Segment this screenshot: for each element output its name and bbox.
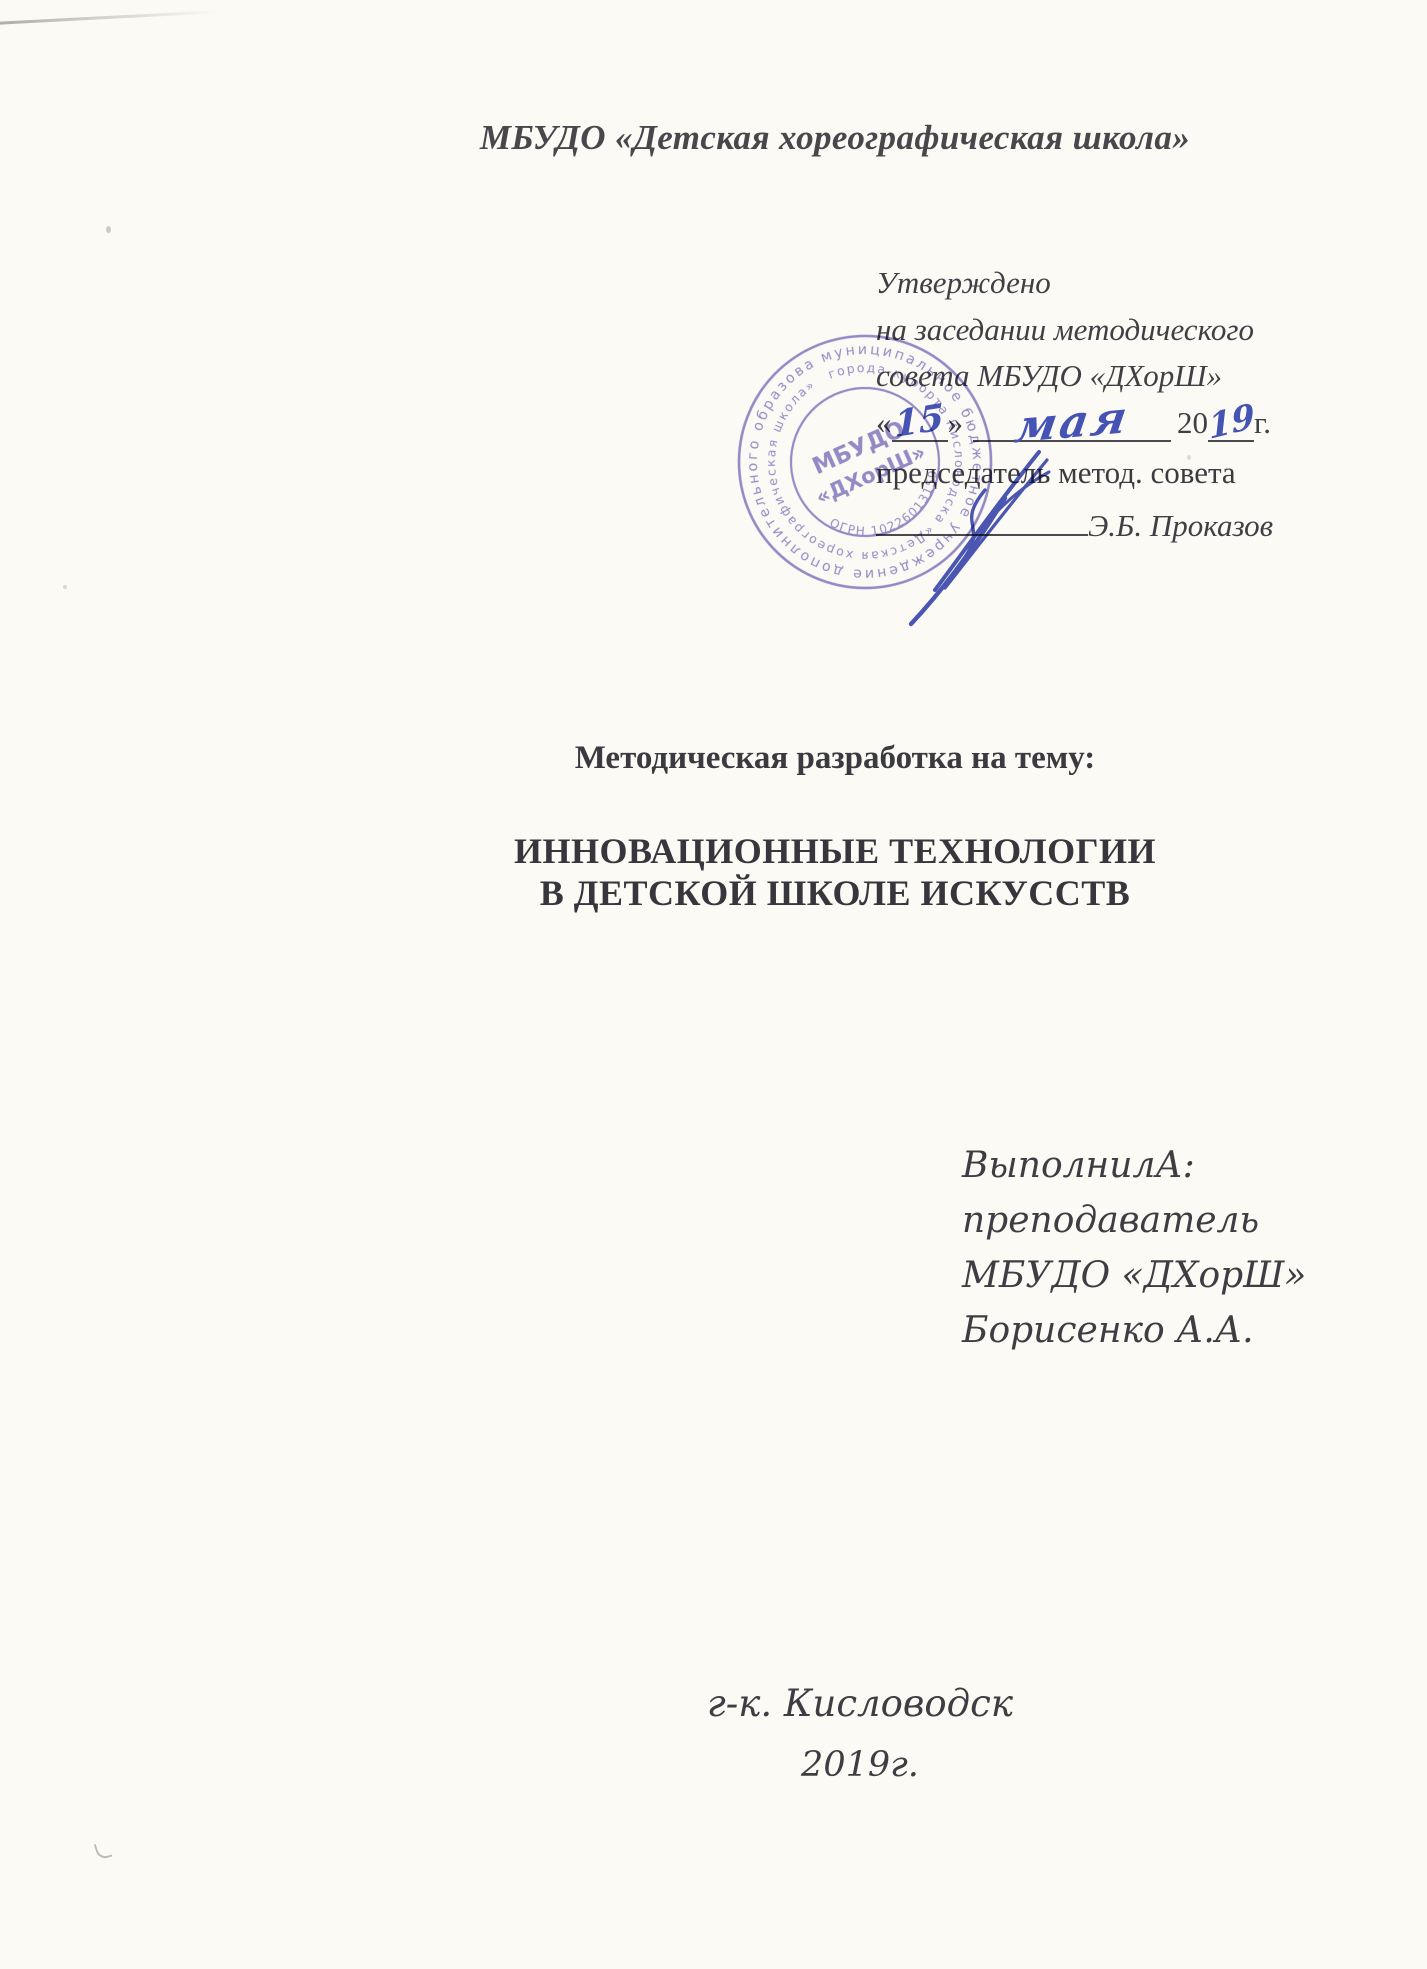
scanned-title-page: МБУДО «Детская хореографическая школа» У… (0, 0, 1427, 1969)
year-prefix: 20 (1177, 405, 1208, 440)
chairman-name: Э.Б. Проказов (1088, 508, 1273, 543)
author-organization: МБУДО «ДХорШ» (962, 1248, 1306, 1303)
year-suffix: г. (1254, 405, 1271, 440)
scan-speck (106, 226, 111, 233)
scan-smudge (94, 1840, 113, 1860)
work-title: ИННОВАЦИОННЫЕ ТЕХНОЛОГИИ В ДЕТСКОЙ ШКОЛЕ… (420, 830, 1250, 914)
year-underline: 19 (1208, 405, 1254, 442)
performed-by-label: ВыполнилА: (962, 1138, 1306, 1193)
approved-label: Утверждено (876, 260, 1306, 307)
work-title-line2: В ДЕТСКОЙ ШКОЛЕ ИСКУССТВ (420, 872, 1250, 914)
author-name: Борисенко А.А. (962, 1303, 1306, 1358)
handwritten-year: 19 (1207, 399, 1255, 445)
footer-year: 2019г. (545, 1745, 1175, 1785)
footer-city: г-к. Кисловодск (545, 1682, 1175, 1725)
subject-intro: Методическая разработка на тему: (420, 740, 1250, 777)
organization-title: МБУДО «Детская хореографическая школа» (420, 118, 1250, 158)
work-title-line1: ИННОВАЦИОННЫЕ ТЕХНОЛОГИИ (420, 830, 1250, 872)
footer-block: г-к. Кисловодск 2019г. (545, 1682, 1175, 1785)
scan-artifact-line (0, 10, 218, 25)
pen-signature (897, 428, 1067, 638)
scan-speck (63, 585, 67, 589)
author-position: преподаватель (962, 1193, 1306, 1248)
author-block: ВыполнилА: преподаватель МБУДО «ДХорШ» Б… (962, 1138, 1306, 1358)
